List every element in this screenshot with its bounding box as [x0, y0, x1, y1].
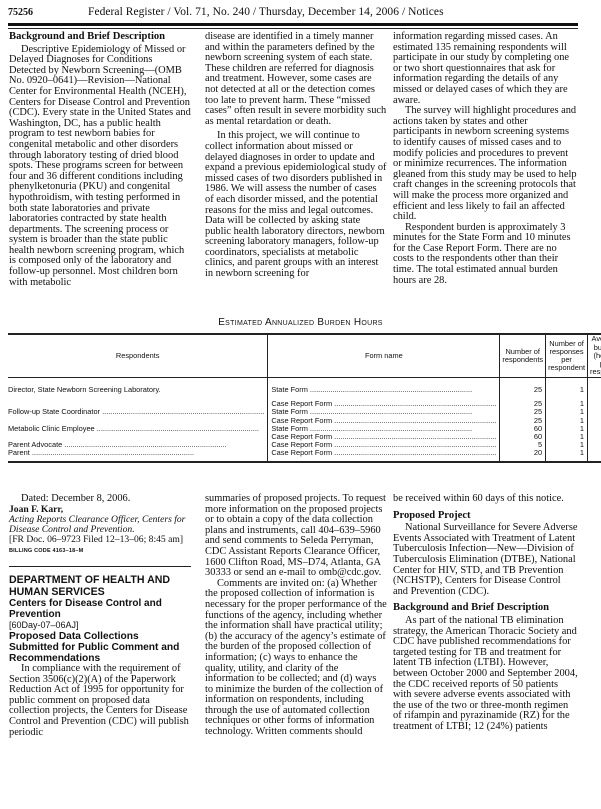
form-cell: State Form — [268, 378, 500, 401]
avg-burden-cell: 10/60 — [588, 400, 601, 408]
section-heading: Background and Brief Description — [393, 603, 578, 614]
avg-burden-cell: 10/60 — [588, 417, 601, 425]
column-header: Number of respondents — [500, 334, 546, 378]
page-header: 75256 Federal Register / Vol. 71, No. 24… — [8, 4, 578, 24]
body-paragraph: disease are identified in a timely manne… — [205, 32, 387, 127]
form-cell: State Form — [268, 425, 500, 433]
body-paragraph: be received within 60 days of this notic… — [393, 494, 578, 505]
column-3-bottom: be received within 60 days of this notic… — [393, 494, 578, 732]
column-2-bottom: summaries of proposed projects. To reque… — [205, 494, 387, 738]
signature-title: Acting Reports Clearance Officer, Center… — [9, 515, 191, 535]
signature-date: Dated: December 8, 2006. — [9, 494, 191, 505]
section-heading: Background and Brief Description — [9, 32, 191, 43]
agency-name: DEPARTMENT OF HEALTH AND HUMAN SERVICES — [9, 575, 191, 598]
column-header: Respondents — [8, 334, 268, 378]
responses-cell: 1 — [546, 449, 588, 461]
table-row: Follow-up State Coordinator State Form 2… — [8, 408, 601, 416]
table-title: Estimated Annualized Burden Hours — [0, 317, 601, 328]
table-row: Director, State Newborn Screening Labora… — [8, 378, 601, 401]
body-paragraph: National Surveillance for Severe Adverse… — [393, 523, 578, 597]
respondent-cell: Follow-up State Coordinator — [8, 408, 268, 416]
form-cell: Case Report Form — [268, 400, 500, 408]
body-paragraph: The survey will highlight procedures and… — [393, 106, 578, 223]
avg-burden-cell: 3/60 — [588, 425, 601, 433]
respondent-cell — [8, 417, 268, 425]
respondent-cell — [8, 433, 268, 441]
avg-burden-cell: 3/60 — [588, 408, 601, 416]
body-paragraph: As part of the national TB elimination s… — [393, 616, 578, 733]
column-2-top: disease are identified in a timely manne… — [205, 32, 387, 280]
header-rule-thin — [8, 28, 578, 29]
respondent-cell: Parent — [8, 449, 268, 461]
form-cell: Case Report Form — [268, 441, 500, 449]
running-head: Federal Register / Vol. 71, No. 240 / Th… — [88, 6, 444, 18]
body-paragraph: information regarding missed cases. An e… — [393, 32, 578, 106]
respondent-cell: Director, State Newborn Screening Labora… — [8, 378, 268, 401]
respondent-cell — [8, 400, 268, 408]
notice-separator — [9, 566, 191, 567]
form-cell: Case Report Form — [268, 433, 500, 441]
respondents-cell: 20 — [500, 449, 546, 461]
form-cell: Case Report Form — [268, 449, 500, 461]
table-row: Parent Case Report Form 20 1 10/60 3.3 — [8, 449, 601, 461]
avg-burden-cell: 3/60 — [588, 378, 601, 401]
body-paragraph: Respondent burden is approximately 3 min… — [393, 223, 578, 287]
subagency-name: Centers for Disease Control and Preventi… — [9, 598, 191, 620]
column-header: Average burden (hours) per response — [588, 334, 601, 378]
table-header-row: Respondents Form name Number of responde… — [8, 334, 601, 378]
form-cell: State Form — [268, 408, 500, 416]
page-number: 75256 — [8, 7, 33, 18]
table-row: Parent Advocate Case Report Form 5 1 10/… — [8, 441, 601, 449]
column-1-top: Background and Brief Description Descrip… — [9, 32, 191, 288]
table-row: Case Report Form 60 1 10/60 10 — [8, 433, 601, 441]
body-paragraph: summaries of proposed projects. To reque… — [205, 494, 387, 579]
respondent-cell: Metabolic Clinic Employee — [8, 425, 268, 433]
form-cell: Case Report Form — [268, 417, 500, 425]
column-header: Number of responses per respondent — [546, 334, 588, 378]
section-heading: Proposed Project — [393, 511, 578, 522]
responses-cell: 1 — [546, 378, 588, 401]
billing-code: BILLING CODE 4163–18–M — [9, 546, 191, 557]
avg-burden-cell: 10/60 — [588, 433, 601, 441]
respondents-cell: 25 — [500, 378, 546, 401]
body-paragraph: In this project, we will continue to col… — [205, 131, 387, 279]
burden-hours-table: Respondents Form name Number of responde… — [8, 333, 601, 463]
notice-title: Proposed Data Collections Submitted for … — [9, 631, 191, 664]
header-rule-thick — [8, 23, 578, 26]
table-row: Metabolic Clinic Employee State Form 60 … — [8, 425, 601, 433]
column-header: Form name — [268, 334, 500, 378]
fr-doc-number: [FR Doc. 06–9723 Filed 12–13–06; 8:45 am… — [9, 535, 191, 546]
body-paragraph: In compliance with the requirement of Se… — [9, 664, 191, 738]
column-1-bottom: Dated: December 8, 2006. Joan F. Karr, A… — [9, 494, 191, 738]
docket-number: [60Day-07–06AJ] — [9, 620, 191, 631]
respondent-cell: Parent Advocate — [8, 441, 268, 449]
table-row: Case Report Form 25 1 10/60 4.2 — [8, 400, 601, 408]
avg-burden-cell: 10/60 — [588, 449, 601, 461]
table-row: Case Report Form 25 1 10/60 4.2 — [8, 417, 601, 425]
avg-burden-cell: 10/60 — [588, 441, 601, 449]
body-paragraph: Comments are invited on: (a) Whether the… — [205, 579, 387, 738]
body-paragraph: Descriptive Epidemiology of Missed or De… — [9, 45, 191, 289]
column-3-top: information regarding missed cases. An e… — [393, 32, 578, 286]
